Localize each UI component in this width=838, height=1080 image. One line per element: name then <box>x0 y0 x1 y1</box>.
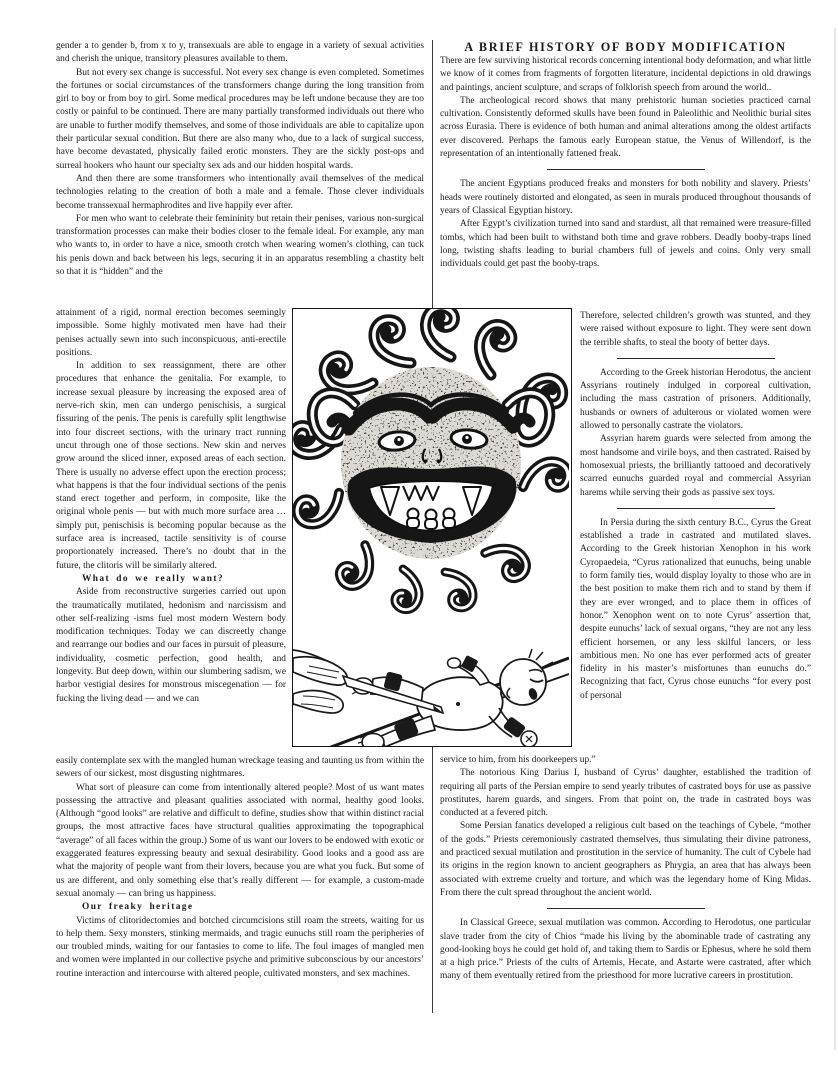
paragraph: Some Persian fanatics developed a religi… <box>440 820 811 900</box>
paragraph: gender a to gender b, from x to y, trans… <box>56 40 424 67</box>
article-title: A BRIEF HISTORY OF BODY MODIFICATION <box>440 40 811 55</box>
paragraph: And then there are some transformers who… <box>56 173 424 213</box>
section-divider <box>547 169 705 170</box>
paragraph: After Egypt’s civilization turned into s… <box>440 218 811 271</box>
infant-circumcision-illustration <box>293 624 569 747</box>
paragraph: In Persia during the sixth century B.C.,… <box>580 517 811 703</box>
left-column-wrap-block: attainment of a rigid, normal erection b… <box>56 307 286 753</box>
paragraph: Aside from reconstructive surgeries carr… <box>56 586 286 706</box>
left-column-bottom-block: easily contemplate sex with the mangled … <box>56 755 424 1047</box>
right-column-wrap-block: Therefore, selected children’s growth wa… <box>580 310 811 750</box>
scan-edge-artifact <box>834 28 836 1050</box>
section-divider <box>617 358 775 359</box>
column-divider-rule-top <box>432 40 433 308</box>
paragraph: easily contemplate sex with the mangled … <box>56 755 424 782</box>
paragraph: attainment of a rigid, normal erection b… <box>56 307 286 360</box>
paragraph: Assyrian harem guards were selected from… <box>580 433 811 499</box>
section-heading-what-do-we-really-want: What do we really want? <box>56 573 286 586</box>
paragraph: What sort of pleasure can come from inte… <box>56 782 424 902</box>
illustration-frame <box>292 308 572 747</box>
right-column-top-block: A BRIEF HISTORY OF BODY MODIFICATION The… <box>440 40 811 308</box>
paragraph: Victims of clitoridectomies and botched … <box>56 915 424 981</box>
paragraph: In Classical Greece, sexual mutilation w… <box>440 917 811 983</box>
scanned-document-page: gender a to gender b, from x to y, trans… <box>0 0 838 1080</box>
paragraph: There are few surviving historical recor… <box>440 55 811 95</box>
paragraph: The archeological record shows that many… <box>440 95 811 161</box>
section-divider <box>617 508 775 509</box>
column-divider-rule-bottom <box>432 747 433 1013</box>
section-heading-our-freaky-heritage: Our freaky heritage <box>56 901 424 914</box>
section-divider <box>547 908 705 909</box>
paragraph: Therefore, selected children’s growth wa… <box>580 310 811 350</box>
right-column-bottom-block: service to him, from his doorkeepers up.… <box>440 754 811 1054</box>
paragraph: According to the Greek historian Herodot… <box>580 367 811 433</box>
gorgon-sun-face-illustration <box>293 309 569 619</box>
left-column-top-block: gender a to gender b, from x to y, trans… <box>56 40 424 307</box>
paragraph: The ancient Egyptians produced freaks an… <box>440 178 811 218</box>
paragraph: But not every sex change is successful. … <box>56 67 424 173</box>
paragraph: service to him, from his doorkeepers up.… <box>440 754 811 767</box>
paragraph: The notorious King Darius I, husband of … <box>440 767 811 820</box>
paragraph: For men who want to celebrate their femi… <box>56 213 424 279</box>
paragraph: In addition to sex reassignment, there a… <box>56 360 286 573</box>
